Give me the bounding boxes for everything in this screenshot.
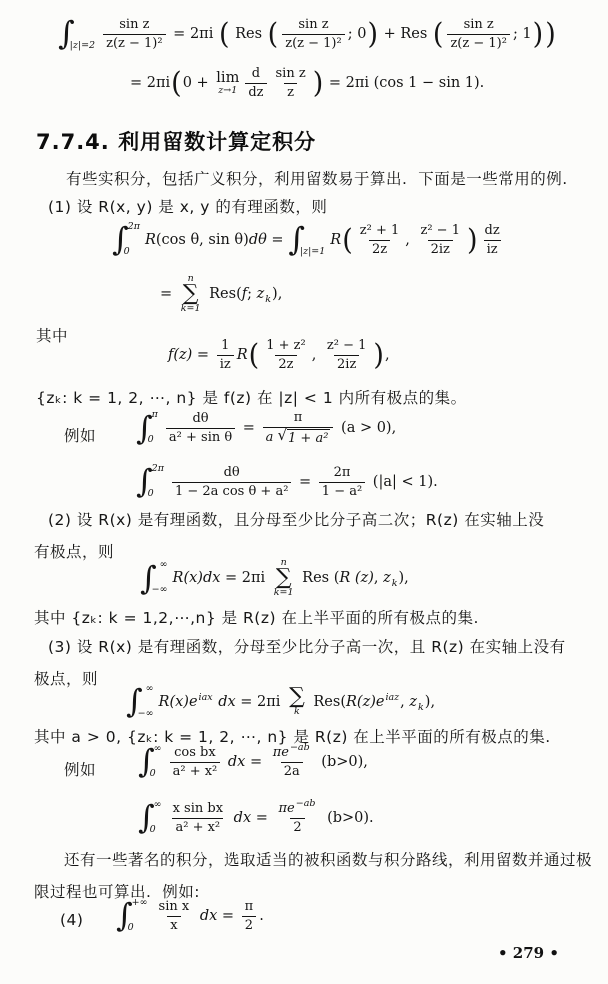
label-example-2: 例如 xyxy=(64,760,96,781)
fraction: πa √1 + a² xyxy=(263,410,334,446)
formula-3: ∫∞−∞R(x)eiax dx = 2πi ∑k Res(R(z)eiaz, z… xyxy=(126,684,435,720)
math-text: (b>0), xyxy=(317,754,368,770)
fraction: sin zz(z − 1)² xyxy=(447,17,509,51)
formula-contour-integral-line2: = 2πi(0 + limz→1ddzsin zz) = 2πi (cos 1 … xyxy=(130,66,484,100)
formula-example-2a: ∫∞0cos bxa² + x² dx = πe−ab2a (b>0), xyxy=(138,744,368,780)
math-text: R(x)e xyxy=(159,694,198,710)
item-3-statement-line2: 极点，则 xyxy=(34,669,98,690)
poles-set-2: 其中 {zₖ: k = 1,2,⋯,n} 是 R(z) 在上半平面的所有极点的集… xyxy=(34,608,479,629)
math-text: ( xyxy=(249,341,260,370)
formula-f-definition: f(z) = 1izR(1 + z²2z, z² − 12iz), xyxy=(168,338,390,372)
math-text: R(z)e xyxy=(346,694,384,710)
math-text: = xyxy=(217,908,238,924)
math-text: R xyxy=(237,347,248,363)
math-text: z xyxy=(409,694,417,710)
fraction: z² + 12z xyxy=(357,223,403,257)
math-text: = 2πi xyxy=(220,570,269,586)
math-text: ; 1 xyxy=(513,26,532,42)
math-text: ) xyxy=(313,69,324,98)
math-text: ), xyxy=(399,570,409,586)
math-text: 0 + xyxy=(183,75,214,91)
math-text: = 2πi xyxy=(130,75,170,91)
formula-4: ∫+∞0sin xx dx = π2. xyxy=(116,898,264,934)
math-text: = xyxy=(238,420,259,436)
formula-example-1a: ∫π0dθa² + sin θ = πa √1 + a² (a > 0), xyxy=(136,410,396,446)
integral-sign: ∫∞−∞ xyxy=(140,560,170,596)
math-text: = 2πi xyxy=(169,26,218,42)
math-text: ) xyxy=(373,341,384,370)
formula-contour-integral-line1: ∫|z|=2sin zz(z − 1)² = 2πi ( Res (sin zz… xyxy=(58,16,557,52)
math-text: dx xyxy=(229,810,251,826)
math-text: = xyxy=(251,810,272,826)
fraction: 1 + z²2z xyxy=(263,338,309,372)
radical-sign: √1 + a² xyxy=(277,429,330,447)
math-text: Res xyxy=(231,26,267,42)
math-text: R(x)dx xyxy=(173,570,221,586)
math-text: . xyxy=(259,908,264,924)
integral-sign: ∫|z|=2 xyxy=(58,16,97,52)
math-text: z xyxy=(257,286,265,302)
fraction: dθa² + sin θ xyxy=(166,411,235,445)
item-2-statement-line1: (2) 设 R(x) 是有理函数，且分母至少比分子高二次；R(z) 在实轴上没 xyxy=(48,510,544,531)
summation-sign: ∑k xyxy=(289,687,305,717)
math-text: k xyxy=(392,578,398,589)
math-text: dx xyxy=(195,908,217,924)
math-text: dθ xyxy=(249,232,267,248)
math-text: iaz xyxy=(385,692,399,703)
math-text: R xyxy=(145,232,156,248)
integral-sign: ∫|z|=1 xyxy=(288,222,327,258)
math-text: Res( xyxy=(309,694,346,710)
math-text: f(z) xyxy=(168,347,192,363)
fraction: 1iz xyxy=(217,338,234,372)
math-text: ) xyxy=(467,225,478,254)
label-where-1: 其中 xyxy=(36,326,68,347)
fraction: ddz xyxy=(245,66,266,100)
fraction: sin xx xyxy=(156,899,193,933)
formula-1-line1: ∫2π0R(cos θ, sin θ)dθ = ∫|z|=1R(z² + 12z… xyxy=(112,222,506,258)
section-heading: 7.7.4. 利用留数计算定积分 xyxy=(36,126,316,156)
fraction: x sin bxa² + x² xyxy=(170,801,226,835)
math-text: πe xyxy=(273,745,289,761)
math-text: πe xyxy=(279,801,295,817)
math-text: (a > 0), xyxy=(336,420,396,436)
paragraph-intro: 有些实积分，包括广义积分，利用留数易于算出. 下面是一些常用的例. xyxy=(66,169,568,190)
item-1-statement: (1) 设 R(x, y) 是 x, y 的有理函数，则 xyxy=(48,197,327,218)
fraction: sin zz xyxy=(273,66,309,100)
math-text: dx xyxy=(223,754,245,770)
formula-2: ∫∞−∞R(x)dx = 2πi n∑k=1 Res (R (z), zk), xyxy=(140,558,409,599)
item-4-label: (4) xyxy=(60,910,83,931)
math-text: a xyxy=(266,430,278,446)
math-text: z xyxy=(383,570,391,586)
math-text: ; 0 xyxy=(348,26,367,42)
integral-sign: ∫∞0 xyxy=(138,744,164,780)
label-example-1: 例如 xyxy=(64,426,96,447)
math-text: = xyxy=(267,232,288,248)
integral-sign: ∫π0 xyxy=(136,410,160,446)
math-text: ), xyxy=(425,694,435,710)
integral-sign: ∫2π0 xyxy=(112,222,142,258)
math-text: + Res xyxy=(379,26,432,42)
textbook-page: ∫|z|=2sin zz(z − 1)² = 2πi ( Res (sin zz… xyxy=(0,0,608,984)
formula-example-1b: ∫2π0dθ1 − 2a cos θ + a² = 2π1 − a² (|a| … xyxy=(136,464,438,500)
item-2-statement-line2: 有极点，则 xyxy=(34,542,114,563)
math-text: ( xyxy=(171,69,182,98)
fraction: z² − 12iz xyxy=(417,223,463,257)
math-text: , xyxy=(374,570,383,586)
math-text: , xyxy=(400,694,409,710)
formula-1-line2: = n∑k=1 Res(f; zk), xyxy=(160,274,282,315)
math-text: k xyxy=(265,294,271,305)
math-text: = xyxy=(294,474,315,490)
summation-sign: n∑k=1 xyxy=(181,274,201,315)
math-text: = 2πi xyxy=(236,694,285,710)
fraction: cos bxa² + x² xyxy=(170,745,221,779)
poles-set-1: {zₖ: k = 1, 2, ⋯, n} 是 f(z) 在 |z| < 1 内所… xyxy=(36,388,467,409)
math-text: (|a| < 1). xyxy=(368,474,438,490)
math-text: ) xyxy=(367,19,378,48)
math-text: Res( xyxy=(205,286,242,302)
math-text: k xyxy=(418,702,424,713)
integral-sign: ∫∞0 xyxy=(138,800,164,836)
integral-sign: ∫+∞0 xyxy=(116,898,150,934)
math-text: (cos θ, sin θ) xyxy=(156,232,249,248)
math-text: ) xyxy=(533,19,544,48)
math-text: = 2πi (cos 1 − sin 1). xyxy=(324,75,484,91)
page-number: • 279 • xyxy=(498,944,559,962)
math-text: ( xyxy=(433,19,444,48)
fraction: dθ1 − 2a cos θ + a² xyxy=(172,465,291,499)
math-text: iax xyxy=(199,692,213,703)
limit-operator: limz→1 xyxy=(216,71,239,95)
math-text: R xyxy=(330,232,341,248)
math-text: ( xyxy=(342,225,353,254)
math-text: ) xyxy=(545,19,556,48)
math-text: = xyxy=(245,754,266,770)
math-text: ( xyxy=(268,19,279,48)
math-text: = xyxy=(160,286,177,302)
math-text: −ab xyxy=(296,798,316,809)
integral-sign: ∫2π0 xyxy=(136,464,166,500)
math-text: −ab xyxy=(290,742,310,753)
fraction: 2π1 − a² xyxy=(319,465,365,499)
math-text: (b>0). xyxy=(322,810,373,826)
math-text: ( xyxy=(219,19,230,48)
math-text: = xyxy=(192,347,213,363)
closing-paragraph-line1: 还有一些著名的积分，选取适当的被积函数与积分路线，利用留数并通过极 xyxy=(64,850,592,871)
math-text: , xyxy=(385,347,390,363)
fraction: sin zz(z − 1)² xyxy=(103,17,165,51)
math-text: dx xyxy=(214,694,236,710)
integral-sign: ∫∞−∞ xyxy=(126,684,156,720)
formula-example-2b: ∫∞0x sin bxa² + x² dx = πe−ab2 (b>0). xyxy=(138,800,374,836)
math-text: , xyxy=(312,347,321,363)
math-text: R (z) xyxy=(339,570,373,586)
math-text: ), xyxy=(272,286,282,302)
fraction: dziz xyxy=(482,223,503,257)
fraction: πe−ab2a xyxy=(270,745,314,779)
fraction: sin zz(z − 1)² xyxy=(282,17,344,51)
summation-sign: n∑k=1 xyxy=(274,558,294,599)
math-text: Res ( xyxy=(298,570,340,586)
fraction: πe−ab2 xyxy=(276,801,320,835)
fraction: π2 xyxy=(242,899,257,933)
item-3-statement-line1: (3) 设 R(x) 是有理函数，分母至少比分子高一次，且 R(z) 在实轴上没… xyxy=(48,637,566,658)
fraction: z² − 12iz xyxy=(324,338,370,372)
math-text: ; xyxy=(247,286,257,302)
math-text: , xyxy=(405,232,414,248)
